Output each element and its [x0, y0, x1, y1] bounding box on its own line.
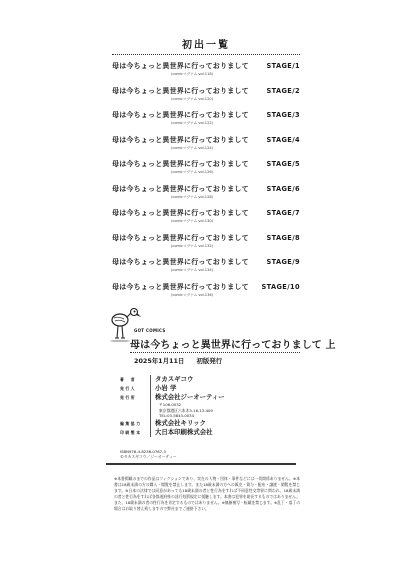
stage-entry: 母は今ちょっと異世界に行っておりまして STAGE/3 (comicマグナム v…	[112, 110, 300, 135]
dotted-divider	[112, 54, 300, 55]
stage-entry: 母は今ちょっと異世界に行っておりまして STAGE/7 (comicマグナム v…	[112, 208, 300, 233]
stage-entry: 母は今ちょっと異世界に行っておりまして STAGE/6 (comicマグナム v…	[112, 184, 300, 209]
stage-source: (comicマグナム vol.134)	[152, 268, 232, 273]
logo-area: GOT COMICS	[106, 308, 300, 344]
stage-title: 母は今ちょっと異世界に行っておりまして	[112, 208, 249, 218]
stage-source: (comicマグナム vol.132)	[152, 244, 232, 249]
stage-title: 母は今ちょっと異世界に行っておりまして	[112, 86, 249, 96]
stage-entry: 母は今ちょっと異世界に行っておりまして STAGE/5 (comicマグナム v…	[112, 159, 300, 184]
colophon: GOT COMICS 母は今ちょっと異世界に行っておりまして 上 2025年1月…	[106, 308, 300, 465]
stage-label: STAGE/9	[266, 258, 300, 266]
stage-label: STAGE/4	[266, 136, 300, 144]
credit-row-printing: 印刷製本 大日本印刷株式会社	[120, 428, 300, 437]
edition-line: 2025年1月11日 初版発行	[134, 356, 300, 365]
imprint-label: GOT COMICS	[134, 328, 166, 333]
stage-source: (comicマグナム vol.118)	[152, 72, 232, 77]
bird-mascot-icon	[108, 308, 142, 342]
copyright: ©タカスギコウ／ジーオーティー	[120, 454, 300, 459]
stage-source: (comicマグナム vol.136)	[152, 293, 232, 298]
stage-title: 母は今ちょっと異世界に行っておりまして	[112, 110, 249, 120]
stage-title: 母は今ちょっと異世界に行っておりまして	[112, 135, 249, 145]
stage-entry: 母は今ちょっと異世界に行っておりまして STAGE/1 (comicマグナム v…	[112, 61, 300, 86]
stage-title: 母は今ちょっと異世界に行っておりまして	[112, 61, 249, 71]
title-divider	[130, 352, 300, 353]
credit-value: タカスギコウ	[155, 375, 193, 384]
credit-row-publisher: 発行所 株式会社ジーオーティー 〒106-0032 東京都港区六本木3-16-1…	[120, 393, 300, 419]
credit-label: 印刷製本	[120, 428, 150, 436]
credit-row-author: 著 者 タカスギコウ	[120, 375, 300, 384]
isbn-block: ISBN978-4-8236-0787-3 ©タカスギコウ／ジーオーティー	[120, 449, 300, 459]
stage-label: STAGE/10	[261, 283, 300, 291]
stage-source: (comicマグナム vol.124)	[152, 146, 232, 151]
edition-label: 初版発行	[197, 357, 223, 365]
stage-entry: 母は今ちょっと異世界に行っておりまして STAGE/8 (comicマグナム v…	[112, 233, 300, 258]
stage-title: 母は今ちょっと異世界に行っておりまして	[112, 233, 249, 243]
disclaimer-text: ※本書掲載のまでの作品はフィクションであり、実在の人物・団体・事件などには一切関…	[114, 476, 300, 513]
stage-label: STAGE/8	[266, 234, 300, 242]
stage-label: STAGE/7	[266, 209, 300, 217]
stage-label: STAGE/1	[266, 62, 300, 70]
credit-label: 発行所	[120, 393, 150, 401]
credit-label: 発行人	[120, 384, 150, 392]
credit-label: 編集協力	[120, 419, 150, 427]
stage-label: STAGE/6	[266, 185, 300, 193]
stage-entry: 母は今ちょっと異世界に行っておりまして STAGE/10 (comicマグナム …	[112, 282, 300, 307]
stage-entry: 母は今ちょっと異世界に行っておりまして STAGE/4 (comicマグナム v…	[112, 135, 300, 160]
stage-label: STAGE/2	[266, 87, 300, 95]
stage-title: 母は今ちょっと異世界に行っておりまして	[112, 257, 249, 267]
stage-entry: 母は今ちょっと異世界に行っておりまして STAGE/9 (comicマグナム v…	[112, 257, 300, 282]
credit-value: 大日本印刷株式会社	[155, 428, 213, 437]
credit-row-editorial: 編集協力 株式会社キリック	[120, 419, 300, 428]
book-colophon-page: 初出一覧 母は今ちょっと異世界に行っておりまして STAGE/1 (comicマ…	[0, 0, 400, 568]
first-publication-list: 初出一覧 母は今ちょっと異世界に行っておりまして STAGE/1 (comicマ…	[112, 36, 300, 306]
stage-title: 母は今ちょっと異世界に行っておりまして	[112, 282, 249, 292]
stage-source: (comicマグナム vol.128)	[152, 195, 232, 200]
stage-source: (comicマグナム vol.122)	[152, 121, 232, 126]
stage-title: 母は今ちょっと異世界に行っておりまして	[112, 159, 249, 169]
bottom-divider	[106, 463, 296, 465]
stage-label: STAGE/3	[266, 111, 300, 119]
credit-row-publisher-person: 発行人 小岩 学	[120, 384, 300, 393]
credit-value: 株式会社キリック	[155, 419, 206, 428]
stage-source: (comicマグナム vol.130)	[152, 219, 232, 224]
credits-table: 著 者 タカスギコウ 発行人 小岩 学 発行所 株式会社ジーオーティー 〒106…	[120, 375, 300, 437]
publication-date: 2025年1月11日	[134, 357, 184, 365]
credit-label: 著 者	[120, 375, 150, 383]
stage-source: (comicマグナム vol.126)	[152, 170, 232, 175]
credit-value: 小岩 学	[155, 384, 176, 393]
stage-title: 母は今ちょっと異世界に行っておりまして	[112, 184, 249, 194]
stage-label: STAGE/5	[266, 160, 300, 168]
credit-value: 株式会社ジーオーティー	[155, 393, 225, 402]
stage-source: (comicマグナム vol.120)	[152, 97, 232, 102]
stage-entry: 母は今ちょっと異世界に行っておりまして STAGE/2 (comicマグナム v…	[112, 86, 300, 111]
first-publication-heading: 初出一覧	[112, 36, 300, 51]
